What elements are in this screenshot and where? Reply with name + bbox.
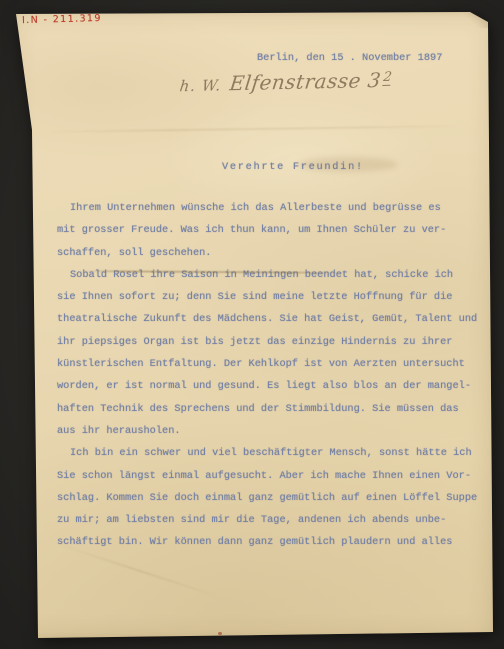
body-line: schaffen, soll geschehen.: [57, 242, 487, 264]
handwritten-address-street: Elfenstrasse 3: [228, 68, 382, 95]
letter-body: Ihrem Unternehmen wünsche ich das Allerb…: [57, 197, 487, 554]
inventory-number-stamp: I.N - 211.319: [22, 13, 102, 26]
body-line: künstlerischen Entfaltung. Der Kehlkopf …: [57, 353, 487, 375]
body-line: Sobald Rosel ihre Saison in Meiningen be…: [57, 264, 487, 286]
body-line: Ich bin ein schwer und viel beschäftigte…: [57, 442, 487, 464]
dateline: Berlin, den 15 . November 1897: [257, 52, 442, 64]
pencil-smudge: [298, 157, 398, 172]
scan-background: I.N - 211.319 Berlin, den 15 . November …: [0, 0, 504, 649]
handwritten-address-floor: 2: [382, 69, 392, 85]
handwritten-address-prefix: h. W.: [179, 76, 223, 95]
body-line: Sie schon längst einmal aufgesucht. Aber…: [57, 465, 487, 487]
letter-paper: I.N - 211.319 Berlin, den 15 . November …: [10, 10, 494, 640]
body-line: theatralische Zukunft des Mädchens. Sie …: [57, 308, 487, 330]
paper-crease: [40, 125, 470, 133]
body-line: sie Ihnen sofort zu; denn Sie sind meine…: [57, 286, 487, 308]
ink-speck: [218, 632, 222, 635]
body-line: Ihrem Unternehmen wünsche ich das Allerb…: [57, 197, 487, 219]
body-line: zu mir; am liebsten sind mir die Tage, a…: [57, 509, 487, 531]
handwritten-address: h. W.Elfenstrasse 32: [179, 68, 393, 96]
scanned-letter-page: { "archive": { "inventory_number": "I.N …: [0, 0, 504, 649]
body-line: schäftigt bin. Wir können dann ganz gemü…: [57, 531, 487, 553]
body-line: worden, er ist normal und gesund. Es lie…: [57, 375, 487, 397]
body-line: aus ihr herausholen.: [57, 420, 487, 442]
body-line: mit grosser Freude. Was ich thun kann, u…: [57, 219, 487, 241]
body-line: schlag. Kommen Sie doch einmal ganz gemü…: [57, 487, 487, 509]
letter-paper-wrapper: I.N - 211.319 Berlin, den 15 . November …: [10, 10, 494, 640]
folded-corner: [462, 10, 494, 28]
body-line: ihr piepsiges Organ ist bis jetzt das ei…: [57, 331, 487, 353]
body-line: haften Technik des Sprechens und der Sti…: [57, 398, 487, 420]
